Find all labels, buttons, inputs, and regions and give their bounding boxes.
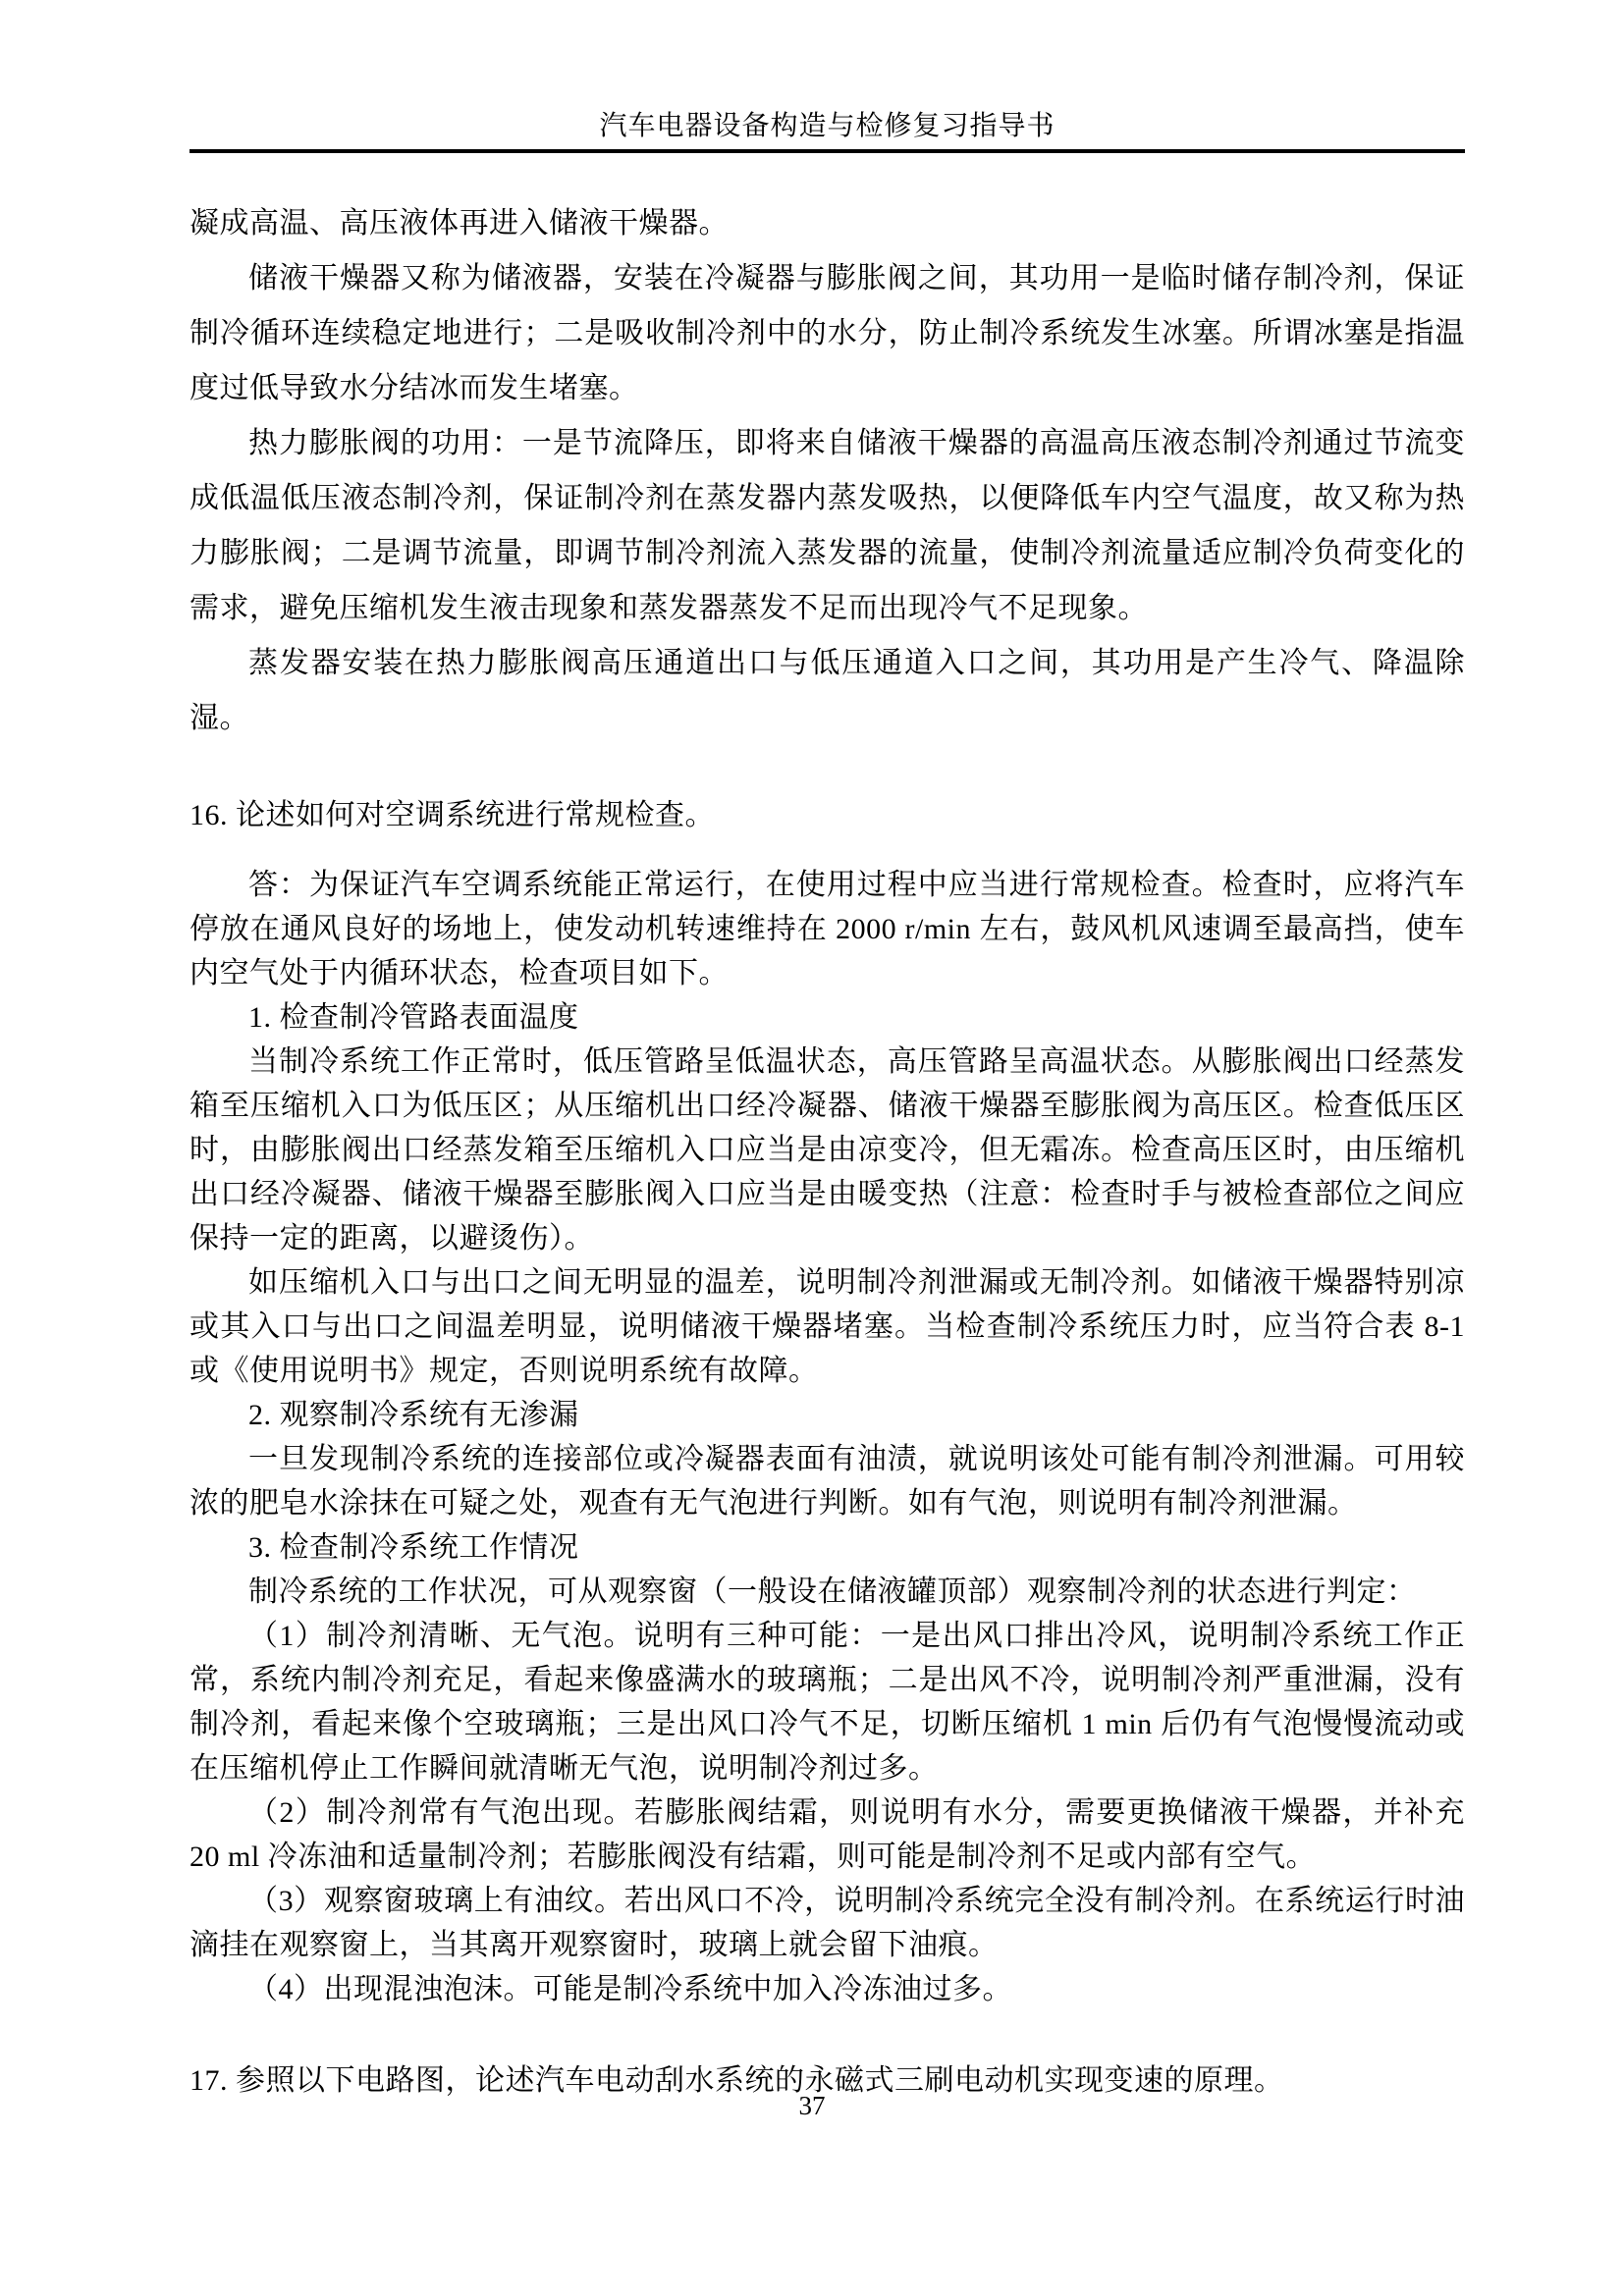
page-content: 汽车电器设备构造与检修复习指导书 凝成高温、高压液体再进入储液干燥器。 储液干燥… (189, 110, 1465, 2103)
list-item-2: （2）制冷剂常有气泡出现。若膨胀阀结霜，则说明有水分，需要更换储液干燥器，并补充… (189, 1790, 1465, 1879)
body-paragraph: 热力膨胀阀的功用：一是节流降压，即将来自储液干燥器的高温高压液态制冷剂通过节流变… (189, 416, 1465, 636)
body-paragraph: 当制冷系统工作正常时，低压管路呈低温状态，高压管路呈高温状态。从膨胀阀出口经蒸发… (189, 1040, 1465, 1260)
question-16-heading: 16. 论述如何对空调系统进行常规检查。 (189, 793, 1465, 837)
body-paragraph: 一旦发现制冷系统的连接部位或冷凝器表面有油渍，就说明该处可能有制冷剂泄漏。可用较… (189, 1437, 1465, 1525)
list-item-4: （4）出现混浊泡沫。可能是制冷系统中加入冷冻油过多。 (189, 1967, 1465, 2011)
body-paragraph: 储液干燥器又称为储液器，安装在冷凝器与膨胀阀之间，其功用一是临时储存制冷剂，保证… (189, 251, 1465, 416)
body-paragraph: 蒸发器安装在热力膨胀阀高压通道出口与低压通道入口之间，其功用是产生冷气、降温除湿… (189, 636, 1465, 746)
list-item-3: （3）观察窗玻璃上有油纹。若出风口不冷，说明制冷系统完全没有制冷剂。在系统运行时… (189, 1879, 1465, 1967)
body-paragraph: 如压缩机入口与出口之间无明显的温差，说明制冷剂泄漏或无制冷剂。如储液干燥器特别凉… (189, 1260, 1465, 1393)
sub-item-3-heading: 3. 检查制冷系统工作情况 (189, 1525, 1465, 1570)
answer-paragraph: 答：为保证汽车空调系统能正常运行，在使用过程中应当进行常规检查。检查时，应将汽车… (189, 863, 1465, 995)
running-header-title: 汽车电器设备构造与检修复习指导书 (189, 110, 1465, 143)
document-body: 凝成高温、高压液体再进入储液干燥器。 储液干燥器又称为储液器，安装在冷凝器与膨胀… (189, 196, 1465, 2103)
document-page: 汽车电器设备构造与检修复习指导书 凝成高温、高压液体再进入储液干燥器。 储液干燥… (0, 0, 1624, 2296)
list-item-1: （1）制冷剂清晰、无气泡。说明有三种可能：一是出风口排出冷风，说明制冷系统工作正… (189, 1614, 1465, 1790)
sub-item-1-heading: 1. 检查制冷管路表面温度 (189, 995, 1465, 1040)
sub-item-2-heading: 2. 观察制冷系统有无渗漏 (189, 1393, 1465, 1437)
body-paragraph: 制冷系统的工作状况，可从观察窗（一般设在储液罐顶部）观察制冷剂的状态进行判定： (189, 1570, 1465, 1614)
body-paragraph-continuation: 凝成高温、高压液体再进入储液干燥器。 (189, 196, 1465, 251)
page-number: 37 (0, 2091, 1624, 2121)
header-rule (189, 149, 1465, 153)
